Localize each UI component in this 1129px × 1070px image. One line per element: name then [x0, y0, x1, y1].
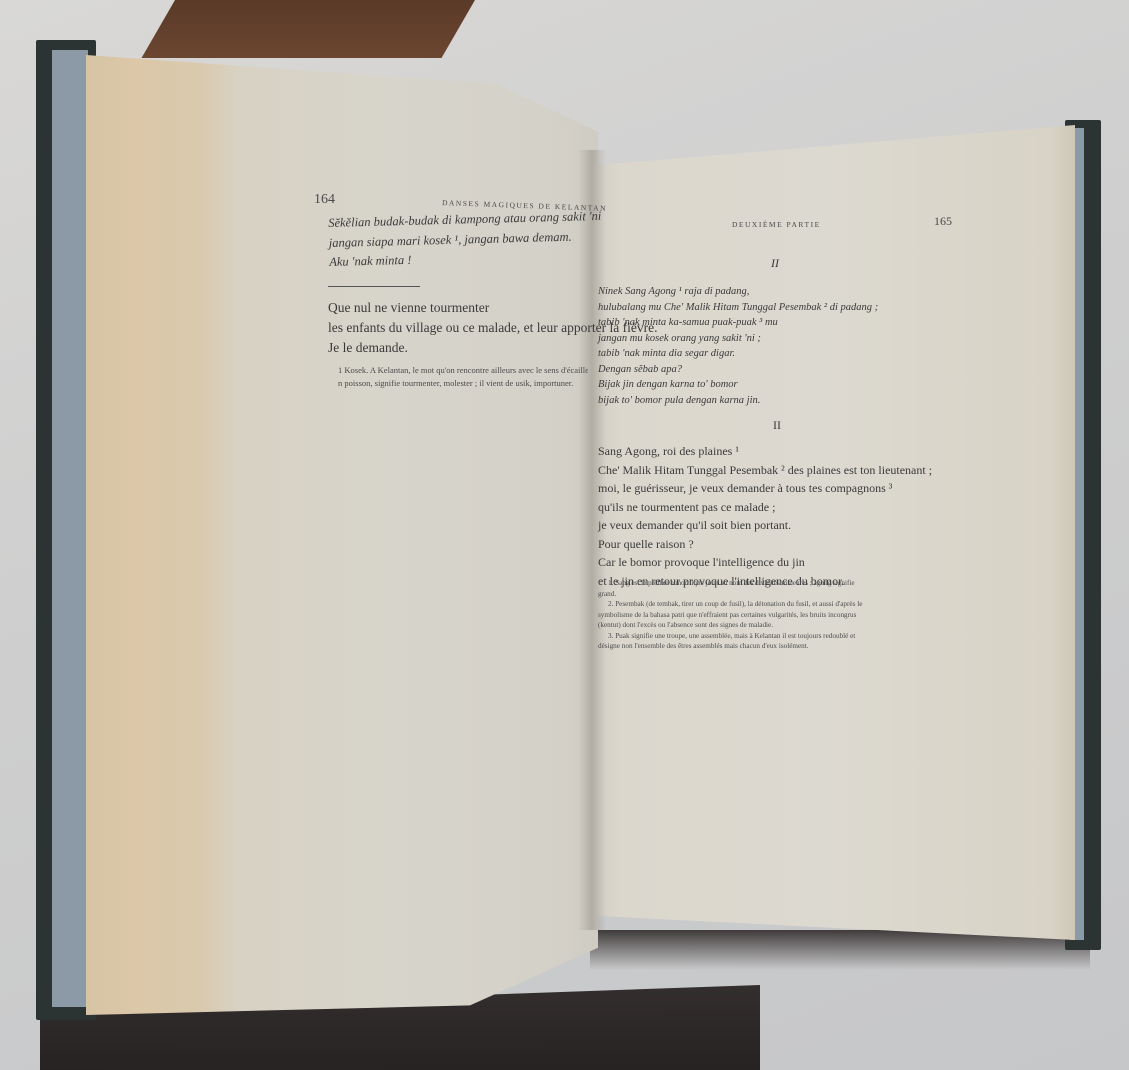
section-heading-malay: II	[760, 256, 790, 271]
verse-line: Ninek Sang Agong ¹ raja di padang,	[598, 284, 878, 300]
footnote-line: 2. Pesembak (de tembak, tirer un coup de…	[598, 599, 954, 610]
verse-line: tabib 'nak minta dia segar digar.	[598, 346, 878, 362]
verse-line: Pour quelle raison ?	[598, 535, 932, 554]
footnote-line: désigne non l'ensemble des êtres assembl…	[598, 641, 954, 652]
page-number-left: 164	[314, 192, 335, 208]
footnotes-right: 1. Sang est le préfixe honorifique joint…	[598, 578, 954, 652]
verse-line: hulubalang mu Che' Malik Hitam Tunggal P…	[598, 300, 878, 316]
verse-line: Che' Malik Hitam Tunggal Pesembak ² des …	[598, 461, 932, 480]
wooden-furniture-edge	[142, 0, 475, 58]
endpaper-left	[52, 50, 88, 1007]
verse-line: Sang Agong, roi des plaines ¹	[598, 442, 932, 461]
footnote-line: grand.	[598, 589, 954, 600]
footnotes-left: 1 Kosek. A Kelantan, le mot qu'on rencon…	[338, 364, 588, 389]
footnote-line: 1. Sang est le préfixe honorifique joint…	[598, 578, 954, 589]
malay-verse-right: Ninek Sang Agong ¹ raja di padang, hulub…	[598, 284, 878, 408]
footnote-line: 3. Puak signifie une troupe, une assembl…	[598, 631, 954, 642]
divider-rule	[328, 286, 420, 287]
page-number-right: 165	[934, 214, 952, 229]
verse-line: je veux demander qu'il soit bien portant…	[598, 516, 932, 535]
verse-line: Bijak jin dengan karna to' bomor	[598, 377, 878, 393]
footnote-line: (kentut) dont l'excès ou l'absence sont …	[598, 620, 954, 631]
french-verse-right: Sang Agong, roi des plaines ¹ Che' Malik…	[598, 442, 932, 590]
section-heading-french: II	[762, 418, 792, 433]
malay-verse-left: Sĕkĕlian budak-budak di kampong atau ora…	[328, 207, 603, 273]
verse-line: jangan mu kosek orang yang sakit 'ni ;	[598, 331, 878, 347]
verse-line: Dengan sĕbab apa?	[598, 362, 878, 378]
verse-line: bijak to' bomor pula dengan karna jin.	[598, 393, 878, 409]
footnote-line: d'un poisson, signifie tourmenter, moles…	[338, 377, 588, 390]
running-head-right: DEUXIÈME PARTIE	[732, 220, 821, 229]
verse-line: qu'ils ne tourmentent pas ce malade ;	[598, 498, 932, 517]
verse-line: Car le bomor provoque l'intelligence du …	[598, 553, 932, 572]
footnote-line: symbolisme de la bahasa patri que n'effr…	[598, 610, 954, 621]
footnote-line: 1 Kosek. A Kelantan, le mot qu'on rencon…	[338, 364, 588, 377]
left-page	[86, 55, 598, 1015]
verse-line: moi, le guérisseur, je veux demander à t…	[598, 479, 932, 498]
verse-line: tabib 'nak minta ka-samua puak-puak ³ mu	[598, 315, 878, 331]
